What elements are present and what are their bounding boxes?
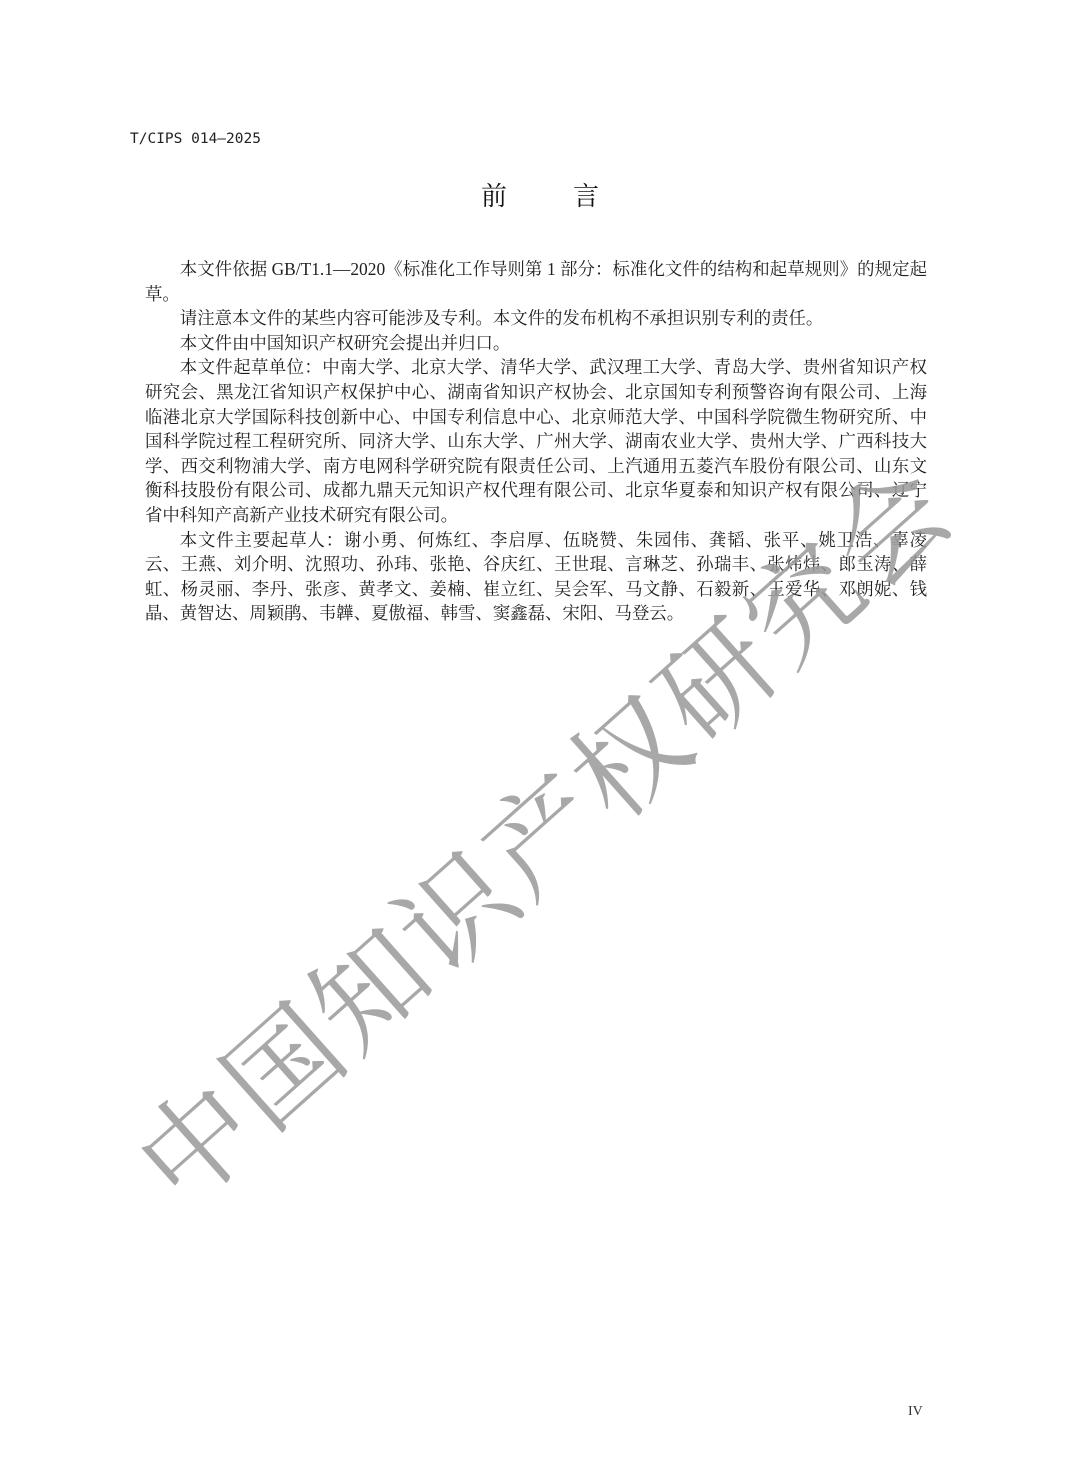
paragraph-drafters: 本文件主要起草人：谢小勇、何炼红、李启厚、伍晓赞、朱园伟、龚韬、张平、姚卫浩、辜… <box>145 528 927 626</box>
paragraph-drafting-basis: 本文件依据 GB/T1.1—2020《标准化工作导则第 1 部分：标准化文件的结… <box>145 257 927 306</box>
page-number: IV <box>908 1404 923 1420</box>
document-code: T/CIPS 014—2025 <box>130 131 261 147</box>
paragraph-proposer: 本文件由中国知识产权研究会提出并归口。 <box>145 331 927 356</box>
document-page: T/CIPS 014—2025 前言 本文件依据 GB/T1.1—2020《标准… <box>0 0 1080 1464</box>
title-char-2: 言 <box>573 176 599 213</box>
paragraph-drafting-units: 本文件起草单位：中南大学、北京大学、清华大学、武汉理工大学、青岛大学、贵州省知识… <box>145 355 927 527</box>
paragraph-patent-notice: 请注意本文件的某些内容可能涉及专利。本文件的发布机构不承担识别专利的责任。 <box>145 306 927 331</box>
foreword-body: 本文件依据 GB/T1.1—2020《标准化工作导则第 1 部分：标准化文件的结… <box>145 257 927 626</box>
title-char-1: 前 <box>481 176 507 213</box>
page-title: 前言 <box>0 176 1080 213</box>
watermark-layer: 中国知识产权研究会 <box>0 0 1080 1464</box>
